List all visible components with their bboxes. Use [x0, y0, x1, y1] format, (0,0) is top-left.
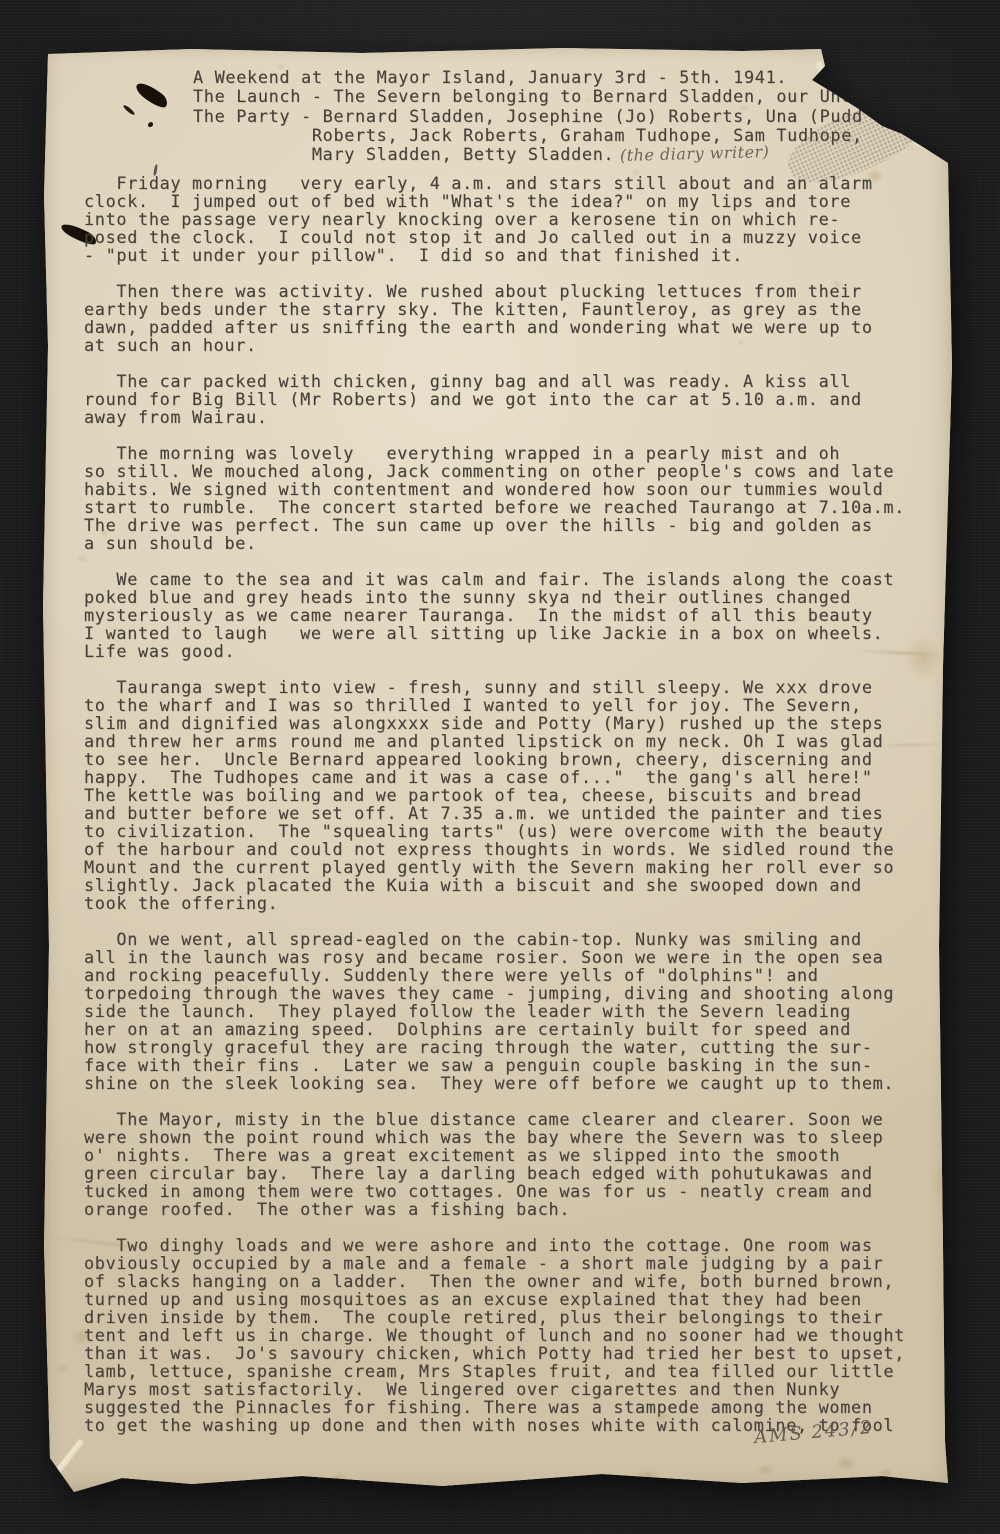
stain	[832, 1454, 860, 1473]
paragraph-two-dinghy-loads: Two dinghy loads and we were ashore and …	[84, 1236, 905, 1434]
header-party-line-3-text: Mary Sladden, Betty Sladden.	[193, 144, 614, 164]
paragraph-friday-morning: Friday morning very early, 4 a.m. and st…	[84, 174, 905, 264]
diary-page: A Weekend at the Mayor Island, January 3…	[42, 46, 954, 1494]
paragraph-activity: Then there was activity. We rushed about…	[84, 282, 905, 354]
ink-blot-tail	[122, 104, 135, 116]
ink-spot	[148, 122, 153, 127]
stain	[898, 626, 948, 690]
handwritten-note: (the diary writer)	[620, 142, 770, 165]
ink-blot	[134, 78, 171, 111]
stain	[632, 1466, 664, 1487]
header-launch-line: The Launch - The Severn belonging to Ber…	[193, 87, 863, 106]
torn-edge	[914, 137, 952, 159]
document-body: Friday morning very early, 4 a.m. and st…	[84, 174, 905, 1452]
header-title: A Weekend at the Mayor Island, January 3…	[193, 68, 863, 87]
stain	[54, 1362, 70, 1375]
paragraph-tauranga: Tauranga swept into view - fresh, sunny …	[84, 678, 905, 912]
paragraph-came-to-sea: We came to the sea and it was calm and f…	[84, 570, 905, 660]
torn-edge	[54, 1439, 85, 1476]
stain	[532, 1478, 549, 1490]
paragraph-the-mayor: The Mayor, misty in the blue distance ca…	[84, 1110, 905, 1218]
header-party-line: The Party - Bernard Sladden, Josephine (…	[193, 107, 863, 126]
header-party-line-3: Mary Sladden, Betty Sladden.(the diary w…	[193, 145, 863, 164]
stain	[926, 1146, 970, 1220]
stain	[324, 1470, 352, 1489]
paragraph-dolphins: On we went, all spread-eagled on the cab…	[84, 930, 905, 1092]
photographed-document-scene: { "document": { "kind": "typewritten dia…	[0, 0, 1000, 1534]
stain	[876, 1466, 895, 1480]
stain	[754, 1462, 777, 1478]
paragraph-car-packed: The car packed with chicken, ginny bag a…	[84, 372, 905, 426]
paragraph-morning-lovely: The morning was lovely everything wrappe…	[84, 444, 905, 552]
document-header: A Weekend at the Mayor Island, January 3…	[193, 68, 863, 164]
